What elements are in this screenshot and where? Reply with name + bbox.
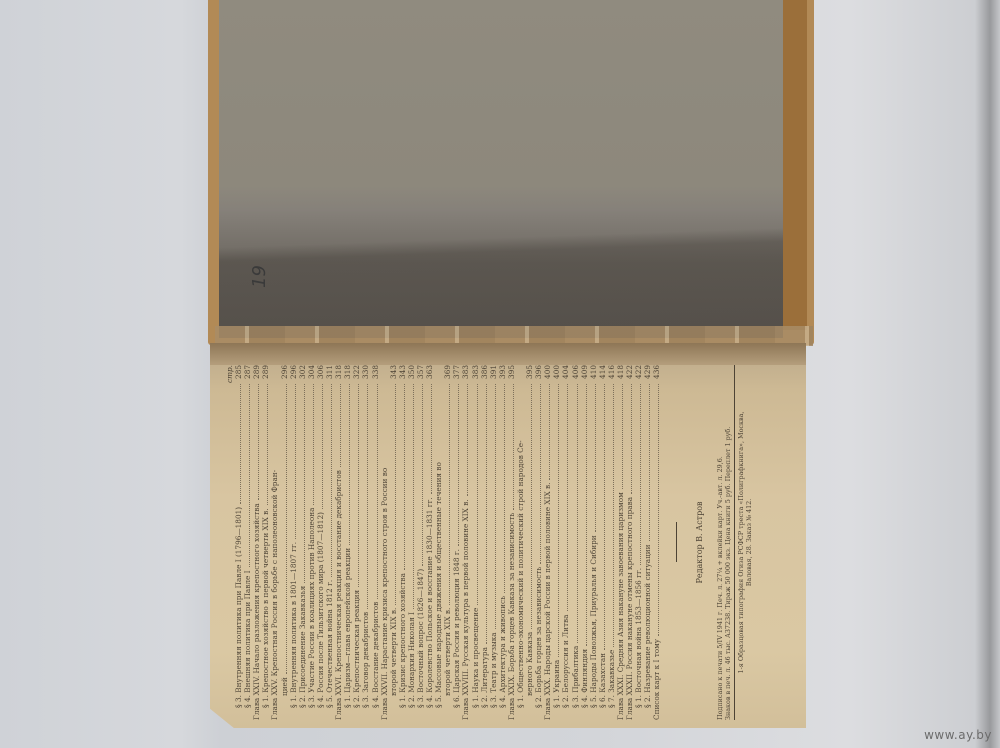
dot-leader [267, 384, 268, 505]
entry-title: Глава XXXII. Россия накануне отмены креп… [625, 497, 634, 720]
entry-title: § 4. Королевство Польское и восстание 18… [425, 497, 434, 720]
dot-leader [422, 384, 423, 566]
toc-entry: § 3. Восточный вопрос (1826—1847)357 [416, 365, 425, 720]
page-number: 369 [443, 365, 452, 381]
print-line: Знаков в печ. л. 46 тыс. А37238. Тираж 5… [724, 365, 732, 720]
toc-entry: § 2. Назревание революционной ситуации42… [643, 365, 652, 720]
toc-chapter: Глава XXVI. Крепостническая реакция и во… [334, 365, 343, 720]
page-number: 338 [371, 365, 380, 381]
dot-leader [558, 384, 559, 657]
page-number: 383 [461, 365, 470, 381]
entry-title: § 3. Внутренняя политика при Павле I (17… [234, 507, 243, 720]
dot-leader [595, 384, 596, 532]
page-number: 318 [334, 365, 343, 381]
page-number: 322 [352, 365, 361, 381]
dot-leader [504, 384, 505, 593]
toc-entry: § 2. Присоединение Закавказья302 [298, 365, 307, 720]
entry-title: § 1. Крепостное хозяйство в первой четве… [261, 508, 270, 720]
entry-title: § 3. Восточный вопрос (1826—1847) [416, 569, 425, 720]
entry-title: § 1. Царизм—глава европейской реакции [343, 548, 352, 720]
page-number: 296 [280, 365, 289, 381]
dot-leader [240, 384, 241, 504]
toc-entry: § 2. Литература386 [480, 365, 489, 720]
toc-entry: § 4. Россия после Тильзитского мира (180… [316, 365, 325, 720]
dot-leader [540, 384, 541, 564]
toc-entry: § 2. Белоруссия и Литва404 [561, 365, 570, 720]
page-gutter [210, 343, 806, 365]
toc-chapter: Глава XXV. Крепостная Россия в борьбе с … [270, 365, 279, 720]
toc-entry: § 6. Царская Россия и революция 1848 г.3… [452, 365, 461, 720]
toc-chapter: Глава XXX. Народы царской России в перво… [543, 365, 552, 720]
entry-title: § 3. Театр и музыка [489, 632, 498, 720]
page-number: 311 [325, 365, 334, 381]
dot-leader [331, 384, 332, 577]
page-number: 416 [607, 365, 616, 381]
entry-title: § 2. Присоединение Закавказья [298, 586, 307, 720]
dot-leader [586, 384, 587, 646]
editor-credit: Редактор В. Астров [695, 365, 704, 720]
page-number: 296 [289, 365, 298, 381]
dot-leader [313, 384, 314, 505]
dot-leader [413, 384, 414, 609]
page-number: 393 [498, 365, 507, 381]
page-number: 400 [552, 365, 561, 381]
dot-leader [349, 384, 350, 545]
entry-title: § 2. Борьба горцев за независимость [534, 567, 543, 720]
toc-entry: § 2. Борьба горцев за независимость396 [534, 365, 543, 720]
page-number: 343 [398, 365, 407, 381]
page-number: 410 [589, 365, 598, 381]
entry-title: Глава XXX. Народы царской России в перво… [543, 483, 552, 720]
toc-entry: § 7. Закавказье416 [607, 365, 616, 720]
page-number: 350 [407, 365, 416, 381]
entry-title: второй четверти XIX в. [389, 608, 398, 720]
dot-leader [513, 384, 514, 510]
page-number: 422 [625, 365, 634, 381]
dot-leader [640, 384, 641, 565]
printer-line: 1-я Образцовая типография Огиза РСФСР тр… [737, 365, 745, 720]
table-of-contents: стр. § 3. Внутренняя политика при Павле … [225, 365, 785, 720]
page-number: 357 [416, 365, 425, 381]
entry-title: второй четверти XIX в. [443, 608, 452, 720]
toc-entry: § 3. Театр и музыка391 [489, 365, 498, 720]
entry-title: Глава XXVI. Крепостническая реакция и во… [334, 470, 343, 720]
printer-line: Валовая, 28. Заказ № 412. [745, 365, 753, 720]
dot-leader [404, 384, 405, 570]
dot-leader [631, 384, 632, 494]
page-number: 404 [561, 365, 570, 381]
toc-chapter: Глава XXVII. Нарастание кризиса крепостн… [380, 365, 389, 720]
dot-leader [340, 384, 341, 467]
entry-title: § 6. Царская Россия и революция 1848 г. [452, 549, 461, 720]
printer-info: 1-я Образцовая типография Огиза РСФСР тр… [737, 365, 753, 720]
entry-title: § 4. Финляндия [580, 649, 589, 720]
page-number: 377 [452, 365, 461, 381]
toc-entry: второй четверти XIX в.369 [443, 365, 452, 720]
toc-chapter: Список карт к I тому436 [652, 365, 661, 720]
page-number: 289 [252, 365, 261, 381]
toc-entry: § 3. Внутренняя политика при Павле I (17… [234, 365, 243, 720]
page-number: 395 [507, 365, 516, 381]
entry-title: § 2. Монархия Николая I [407, 612, 416, 720]
toc-entry: § 1. Кризис крепостного хозяйства343 [398, 365, 407, 720]
toc-entry: § 2. Монархия Николая I350 [407, 365, 416, 720]
entry-title: § 5. Народы Поволжья, Приуралья и Сибири [589, 535, 598, 720]
dot-leader [649, 384, 650, 541]
toc-entry: § 1. Общественно-экономический и политич… [516, 365, 525, 720]
toc-entry: § 4. Внешняя политика при Павле I287 [243, 365, 252, 720]
dot-leader [658, 384, 659, 636]
dot-leader [467, 384, 468, 496]
toc-entry: верного Кавказа395 [525, 365, 534, 720]
page-number: 395 [525, 365, 534, 381]
entry-title: § 4. Россия после Тильзитского мира (180… [316, 512, 325, 720]
toc-entry: § 5. Народы Поволжья, Приуралья и Сибири… [589, 365, 598, 720]
toc-entry: § 4. Восстание декабристов338 [371, 365, 380, 720]
toc-chapter: Глава XXXII. Россия накануне отмены креп… [625, 365, 634, 720]
toc-entry: § 4. Архитектура и живопись393 [498, 365, 507, 720]
toc-entry: § 3. Прибалтика406 [571, 365, 580, 720]
entry-title: цией [280, 677, 289, 720]
toc-entry: второй четверти XIX в.343 [389, 365, 398, 720]
dot-leader [604, 384, 605, 650]
page-number: 287 [243, 365, 252, 381]
dot-leader [531, 384, 532, 629]
toc-entry: § 4. Финляндия409 [580, 365, 589, 720]
page-number: 285 [234, 365, 243, 381]
entry-title: § 1. Наука и просвещение [471, 608, 480, 720]
toc-entry: § 1. Украина400 [552, 365, 561, 720]
dot-leader [486, 384, 487, 644]
page-number: 343 [389, 365, 398, 381]
print-line: Подписано к печати 5/IV 1941 г. Печ. л. … [716, 365, 724, 720]
dot-leader [322, 384, 323, 509]
toc-entry: § 5. Массовые народные движения и общест… [434, 365, 443, 720]
dot-leader [458, 384, 459, 546]
entry-title: § 4. Внешняя политика при Павле I [243, 570, 252, 720]
page-column-header: стр. [225, 365, 234, 720]
entry-title: § 1. Украина [552, 660, 561, 720]
toc-chapter: Глава XXXI. Средняя Азия накануне завоев… [616, 365, 625, 720]
entry-title: § 7. Закавказье [607, 650, 616, 720]
page-number: 304 [307, 365, 316, 381]
toc-entry: § 1. Внутренняя политика в 1801—1807 гг.… [289, 365, 298, 720]
page-number: 409 [580, 365, 589, 381]
dot-leader [449, 384, 450, 605]
page-number: 414 [598, 365, 607, 381]
entry-title: § 1. Общественно-экономический и политич… [516, 440, 525, 720]
page-number: 386 [480, 365, 489, 381]
page-number: 330 [361, 365, 370, 381]
toc-entry: § 1. Крепостное хозяйство в первой четве… [261, 365, 270, 720]
cover-edge [783, 0, 807, 330]
page-number: 406 [571, 365, 580, 381]
toc-entry: § 6. Казахстан414 [598, 365, 607, 720]
entry-title: § 3. Участие России в коалициях против Н… [307, 508, 316, 720]
toc-entry: цией296 [280, 365, 289, 720]
dot-leader [431, 384, 432, 494]
page-number: 422 [634, 365, 643, 381]
toc-list: § 3. Внутренняя политика при Павле I (17… [234, 365, 661, 720]
entry-title: Глава XXIX. Борьба горцев Кавказа за нез… [507, 513, 516, 720]
entry-title: Глава XXXI. Средняя Азия накануне завоев… [616, 492, 625, 720]
page-number: 289 [261, 365, 270, 381]
edge-shadow [975, 0, 1000, 748]
toc-entry: § 2. Крепостническая реакция322 [352, 365, 361, 720]
dot-leader [495, 384, 496, 629]
page-number: 318 [343, 365, 352, 381]
entry-title: § 5. Массовые народные движения и общест… [434, 462, 443, 720]
dot-leader [395, 384, 396, 605]
entry-title: Глава XXVII. Нарастание кризиса крепостн… [380, 468, 389, 720]
entry-title: Глава XXVIII. Русская культура в первой … [461, 499, 470, 720]
entry-title: § 2. Назревание революционной ситуации [643, 544, 652, 720]
entry-title: § 4. Восстание декабристов [371, 602, 380, 720]
entry-title: Глава XXV. Крепостная Россия в борьбе с … [270, 470, 279, 720]
entry-title: § 5. Отечественная война 1812 г. [325, 580, 334, 720]
dot-leader [577, 384, 578, 643]
toc-entry: § 1. Царизм—глава европейской реакции318 [343, 365, 352, 720]
entry-title: § 1. Восточная война 1853—1856 гг. [634, 568, 643, 720]
dot-leader [358, 384, 359, 587]
page-number: 396 [534, 365, 543, 381]
page-number: 383 [471, 365, 480, 381]
dot-leader [304, 384, 305, 583]
toc-entry: § 1. Восточная война 1853—1856 гг.422 [634, 365, 643, 720]
entry-title: § 4. Архитектура и живопись [498, 596, 507, 720]
dot-leader [613, 384, 614, 647]
page-number: 418 [616, 365, 625, 381]
entry-title: § 3. Прибалтика [571, 646, 580, 720]
page-number: 436 [652, 365, 661, 381]
page-number: 302 [298, 365, 307, 381]
toc-entry: § 1. Наука и просвещение383 [471, 365, 480, 720]
dot-leader [249, 384, 250, 567]
page-number: 391 [489, 365, 498, 381]
imprint: Редактор В. Астров Подписано к печати 5/… [676, 365, 753, 720]
entry-title: Глава XXIV. Начало разложения крепостног… [252, 503, 261, 720]
page-number: 306 [316, 365, 325, 381]
pencil-mark: 19 [249, 265, 270, 288]
entry-title: § 1. Кризис крепостного хозяйства [398, 573, 407, 720]
entry-title: Список карт к I тому [652, 639, 661, 720]
dot-leader [286, 384, 287, 674]
toc-chapter: Глава XXIX. Борьба горцев Кавказа за нез… [507, 365, 516, 720]
dot-leader [258, 384, 259, 500]
toc-entry: § 4. Королевство Польское и восстание 18… [425, 365, 434, 720]
dot-leader [295, 384, 296, 539]
watermark: www.ay.by [924, 728, 992, 742]
page-number: 363 [425, 365, 434, 381]
page-number: 400 [543, 365, 552, 381]
print-details: Подписано к печати 5/IV 1941 г. Печ. л. … [716, 365, 735, 720]
entry-title: § 3. Заговор декабристов [361, 612, 370, 720]
entry-title: § 2. Белоруссия и Литва [561, 614, 570, 720]
toc-entry: § 5. Отечественная война 1812 г.311 [325, 365, 334, 720]
separator [676, 523, 677, 563]
toc-entry: § 3. Заговор декабристов330 [361, 365, 370, 720]
page-number: 429 [643, 365, 652, 381]
entry-title: § 6. Казахстан [598, 653, 607, 720]
toc-chapter: Глава XXIV. Начало разложения крепостног… [252, 365, 261, 720]
entry-title: § 1. Внутренняя политика в 1801—1807 гг. [289, 542, 298, 720]
entry-title: верного Кавказа [525, 632, 534, 720]
endpaper [219, 0, 783, 338]
dot-leader [477, 384, 478, 605]
dot-leader [377, 384, 378, 599]
dot-leader [367, 384, 368, 609]
toc-chapter: Глава XXVIII. Русская культура в первой … [461, 365, 470, 720]
toc-entry: § 3. Участие России в коалициях против Н… [307, 365, 316, 720]
dot-leader [622, 384, 623, 489]
entry-title: § 2. Литература [480, 647, 489, 720]
dot-leader [567, 384, 568, 611]
entry-title: § 2. Крепостническая реакция [352, 590, 361, 720]
dot-leader [549, 384, 550, 480]
